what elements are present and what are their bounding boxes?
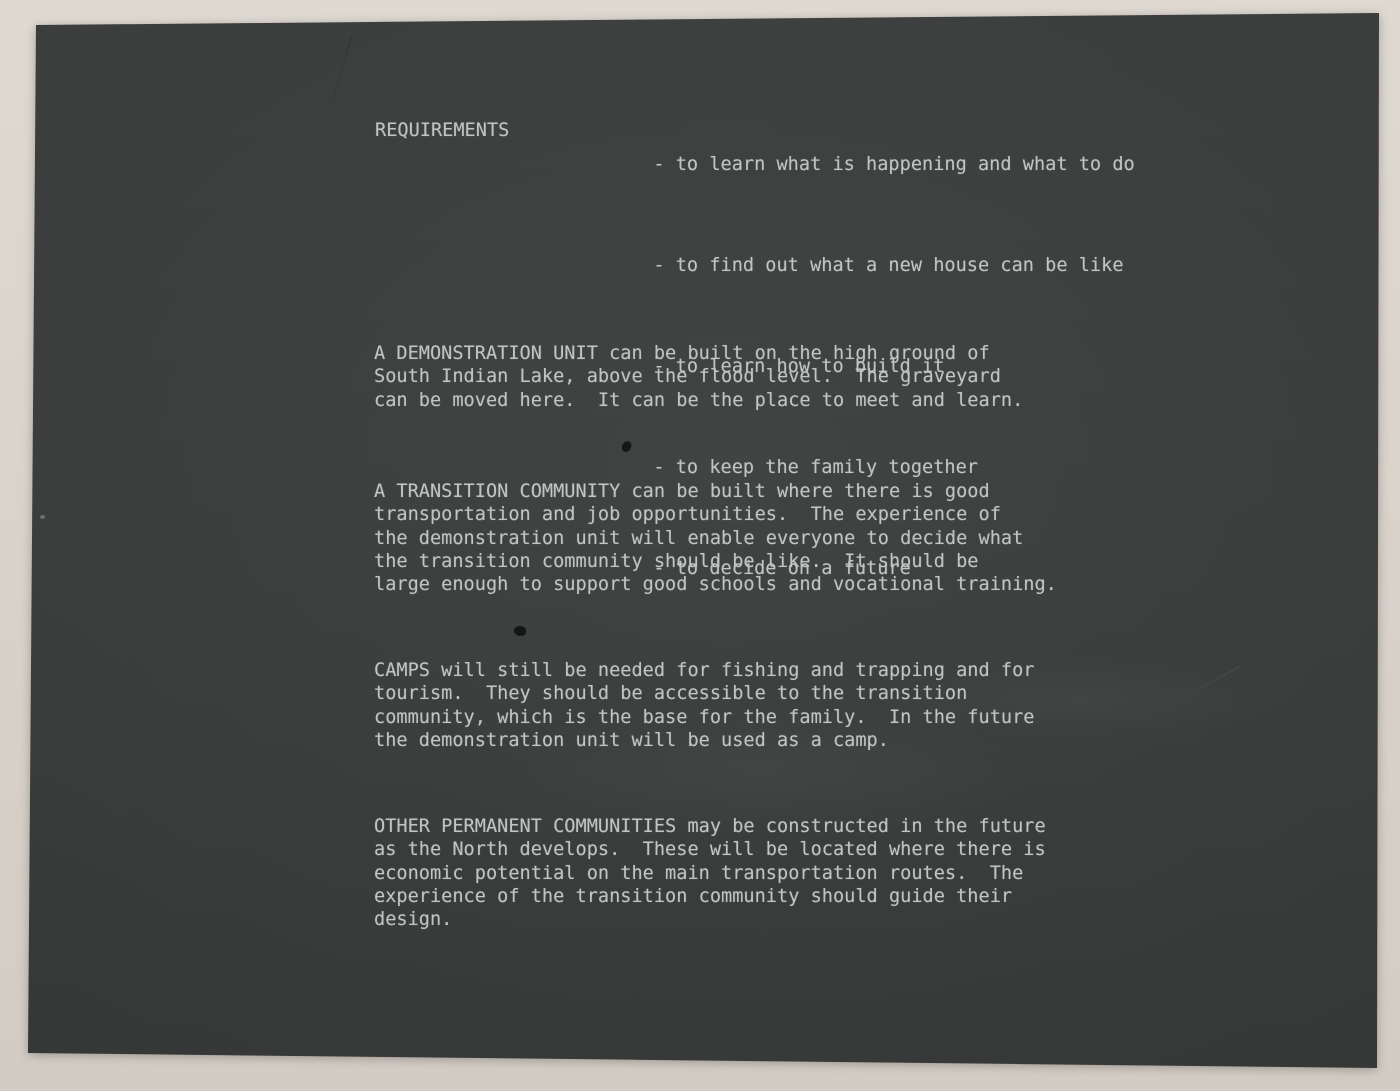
requirement-item-text: to keep the family together <box>676 457 978 478</box>
paragraph-camps: CAMPS will still be needed for fishing a… <box>374 659 1034 752</box>
ink-speck <box>513 625 526 637</box>
requirement-item: -to find out what a new house can be lik… <box>519 215 1135 316</box>
bullet-dash: - <box>653 148 675 182</box>
paper-crease-right <box>1178 666 1241 701</box>
requirement-item: -to learn what is happening and what to … <box>519 114 1135 215</box>
dust-speck <box>40 515 45 519</box>
paragraph-transition-community: A TRANSITION COMMUNITY can be built wher… <box>374 480 1057 596</box>
photographed-document: REQUIREMENTS -to learn what is happening… <box>0 0 1400 1091</box>
dark-sheet: REQUIREMENTS -to learn what is happening… <box>0 0 1400 1091</box>
paragraph-other-permanent-communities: OTHER PERMANENT COMMUNITIES may be const… <box>374 815 1046 931</box>
requirement-item-text: to learn what is happening and what to d… <box>676 154 1135 175</box>
requirement-item-text: to find out what a new house can be like <box>676 255 1124 276</box>
paper-crease <box>325 36 352 125</box>
bullet-dash: - <box>653 249 675 283</box>
paragraph-demonstration-unit: A DEMONSTRATION UNIT can be built on the… <box>374 342 1023 412</box>
requirements-heading: REQUIREMENTS <box>375 114 509 148</box>
dark-sheet-shadow: REQUIREMENTS -to learn what is happening… <box>0 0 1400 1091</box>
